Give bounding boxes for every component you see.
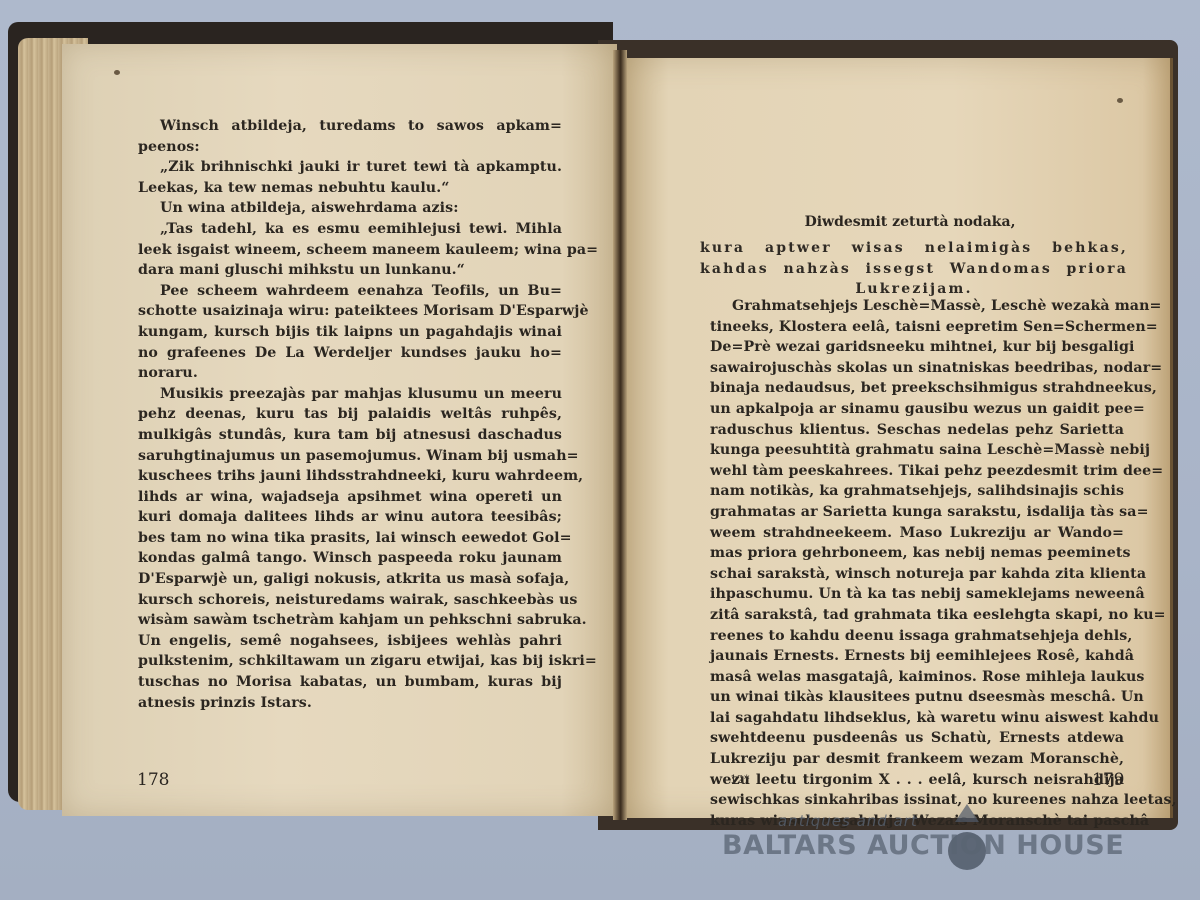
left-page-text-line: wisàm sawàm tschetràm kahjam un pehkschn…: [138, 610, 562, 631]
left-page-text-line: „Zik brihnischki jauki ir turet tewi tà …: [138, 157, 562, 178]
left-page-text-line: pehz deenas, kuru tas bij palaidis weltâ…: [138, 404, 562, 425]
right-page-text-line: Lukreziju par desmit frankeem wezam Mora…: [710, 749, 1124, 770]
left-page-text-line: Un engelis, semê nogahsees, isbijees weh…: [138, 631, 562, 652]
left-page-text-line: noraru.: [138, 363, 562, 384]
right-page-text-line: binaja nedaudsus, bet preekschsihmigus s…: [710, 378, 1124, 399]
left-page-text-line: kungam, kursch bijis tik laipns un pagah…: [138, 322, 562, 343]
left-page-text-line: Un wina atbildeja, aiswehrdama azis:: [138, 198, 562, 219]
left-page-text-line: no grafeenes De La Werdeljer kundses jau…: [138, 343, 562, 364]
right-page-text-line: Grahmatsehjejs Leschè=Massè, Leschè weza…: [710, 296, 1124, 317]
left-page-text-line: atnesis prinzis Istars.: [138, 693, 562, 714]
right-page-text-line: schai sarakstà, winsch notureja par kahd…: [710, 564, 1124, 585]
page-number-left: 178: [137, 770, 169, 790]
right-page-text-line: sawairojuschàs skolas un sinatniskas bee…: [710, 358, 1124, 379]
left-page-text-line: tuschas no Morisa kabatas, un bumbam, ku…: [138, 672, 562, 693]
right-page-text-line: wehl tàm peeskahrees. Tikai pehz peezdes…: [710, 461, 1124, 482]
left-page-text-line: lihds ar wina, wajadseja apsihmet wina o…: [138, 487, 562, 508]
paper-spot: [1117, 98, 1123, 103]
book-gutter: [613, 50, 627, 820]
left-page-text-line: kuri domaja dalitees lihds ar winu autor…: [138, 507, 562, 528]
left-page-text-line: bes tam no wina tika prasits, lai winsch…: [138, 528, 562, 549]
chapter-title: Diwdesmit zeturtà nodaka,: [680, 214, 1140, 230]
right-page-text-line: kunga peesuhtità grahmatu saina Leschè=M…: [710, 440, 1124, 461]
right-page-text-line: De=Prè wezai garidsneeku mihtnei, kur bi…: [710, 337, 1124, 358]
watermark: antiques and art BALTARS AUCTION HOUSE: [722, 812, 1122, 872]
right-page-text-line: ihpaschumu. Un tà ka tas nebij samekleja…: [710, 584, 1124, 605]
left-page-text-line: pulkstenim, schkiltawam un zigaru etwija…: [138, 651, 562, 672]
left-page-text-line: kursch schoreis, neisturedams wairak, sa…: [138, 590, 562, 611]
right-page-text-line: mas priora gehrboneem, kas nebij nemas p…: [710, 543, 1124, 564]
left-page-text-line: „Tas tadehl, ka es esmu eemihlejusi tewi…: [138, 219, 562, 240]
left-page-text-line: mulkigâs stundâs, kura tam bij atnesusi …: [138, 425, 562, 446]
chapter-subtitle-line: kura aptwer wisas nelaimigàs behkas,: [700, 238, 1128, 259]
right-page-text-line: tineeks, Klostera eelâ, taisni eepretim …: [710, 317, 1124, 338]
right-page-text-line: grahmatas ar Sarietta kunga sarakstu, is…: [710, 502, 1124, 523]
right-page-text-line: nam notikàs, ka grahmatsehjejs, salihdsi…: [710, 481, 1124, 502]
right-page-text-line: masâ welas masgatajâ, kaiminos. Rose mih…: [710, 667, 1124, 688]
right-page-text-line: un apkalpoja ar sinamu gausibu wezus un …: [710, 399, 1124, 420]
left-page-text-line: Leekas, ka tew nemas nebuhtu kaulu.“: [138, 178, 562, 199]
left-page-text-line: D'Esparwjè un, galigi nokusis, atkrita u…: [138, 569, 562, 590]
right-page-text-line: swehtdeenu pusdeenâs us Schatù, Ernests …: [710, 728, 1124, 749]
watermark-subtitle: antiques and art: [778, 812, 918, 830]
right-page-text-line: weem strahdneekeem. Maso Lukreziju ar Wa…: [710, 523, 1124, 544]
left-page-text-line: Pee scheem wahrdeem eenahza Teofils, un …: [138, 281, 562, 302]
page-number-right: 179: [1092, 770, 1124, 790]
right-page-text: Grahmatsehjejs Leschè=Massè, Leschè weza…: [710, 296, 1124, 831]
chapter-subtitle: kura aptwer wisas nelaimigàs behkas,kahd…: [700, 238, 1128, 300]
left-page-text-line: schotte usaizinaja wiru: pateiktees Mori…: [138, 301, 562, 322]
right-page-text-line: lai sagahdatu lihdseklus, kà waretu winu…: [710, 708, 1124, 729]
left-page-text-line: Winsch atbildeja, turedams to sawos apka…: [138, 116, 562, 137]
right-page-text-line: sewischkas sinkahribas issinat, no kuree…: [710, 790, 1124, 811]
right-page-text-line: wezu leetu tirgonim X . . . eelâ, kursch…: [710, 770, 1124, 791]
right-page-text-line: raduschus klientus. Seschas nedelas pehz…: [710, 420, 1124, 441]
chapter-subtitle-line: kahdas nahzàs issegst Wandomas priora: [700, 259, 1128, 280]
left-page-text: Winsch atbildeja, turedams to sawos apka…: [138, 116, 562, 713]
watermark-title: BALTARS AUCTION HOUSE: [722, 830, 1124, 861]
crown-logo-icon: [955, 804, 979, 822]
left-page-text-line: kondas galmâ tango. Winsch paspeeda roku…: [138, 548, 562, 569]
right-page-text-line: reenes to kahdu deenu issaga grahmatsehj…: [710, 626, 1124, 647]
left-page-text-line: peenos:: [138, 137, 562, 158]
left-page-text-line: Musikis preezajàs par mahjas klusumu un …: [138, 384, 562, 405]
signature-mark: 12*: [730, 773, 750, 786]
right-page-text-line: zitâ sarakstâ, tad grahmata tika eeslehg…: [710, 605, 1124, 626]
left-page-text-line: leek isgaist wineem, scheem maneem kaule…: [138, 240, 562, 261]
left-page-text-line: dara mani gluschi mihkstu un lunkanu.“: [138, 260, 562, 281]
paper-spot: [114, 70, 120, 75]
right-page-text-line: jaunais Ernests. Ernests bij eemihlejees…: [710, 646, 1124, 667]
left-page-text-line: saruhgtinajumus un pasemojumus. Winam bi…: [138, 446, 562, 467]
right-page-text-line: un winai tikàs klausitees putnu dseesmàs…: [710, 687, 1124, 708]
open-book: Winsch atbildeja, turedams to sawos apka…: [0, 0, 1200, 900]
left-page-text-line: kuschees trihs jauni lihdsstrahdneeki, k…: [138, 466, 562, 487]
